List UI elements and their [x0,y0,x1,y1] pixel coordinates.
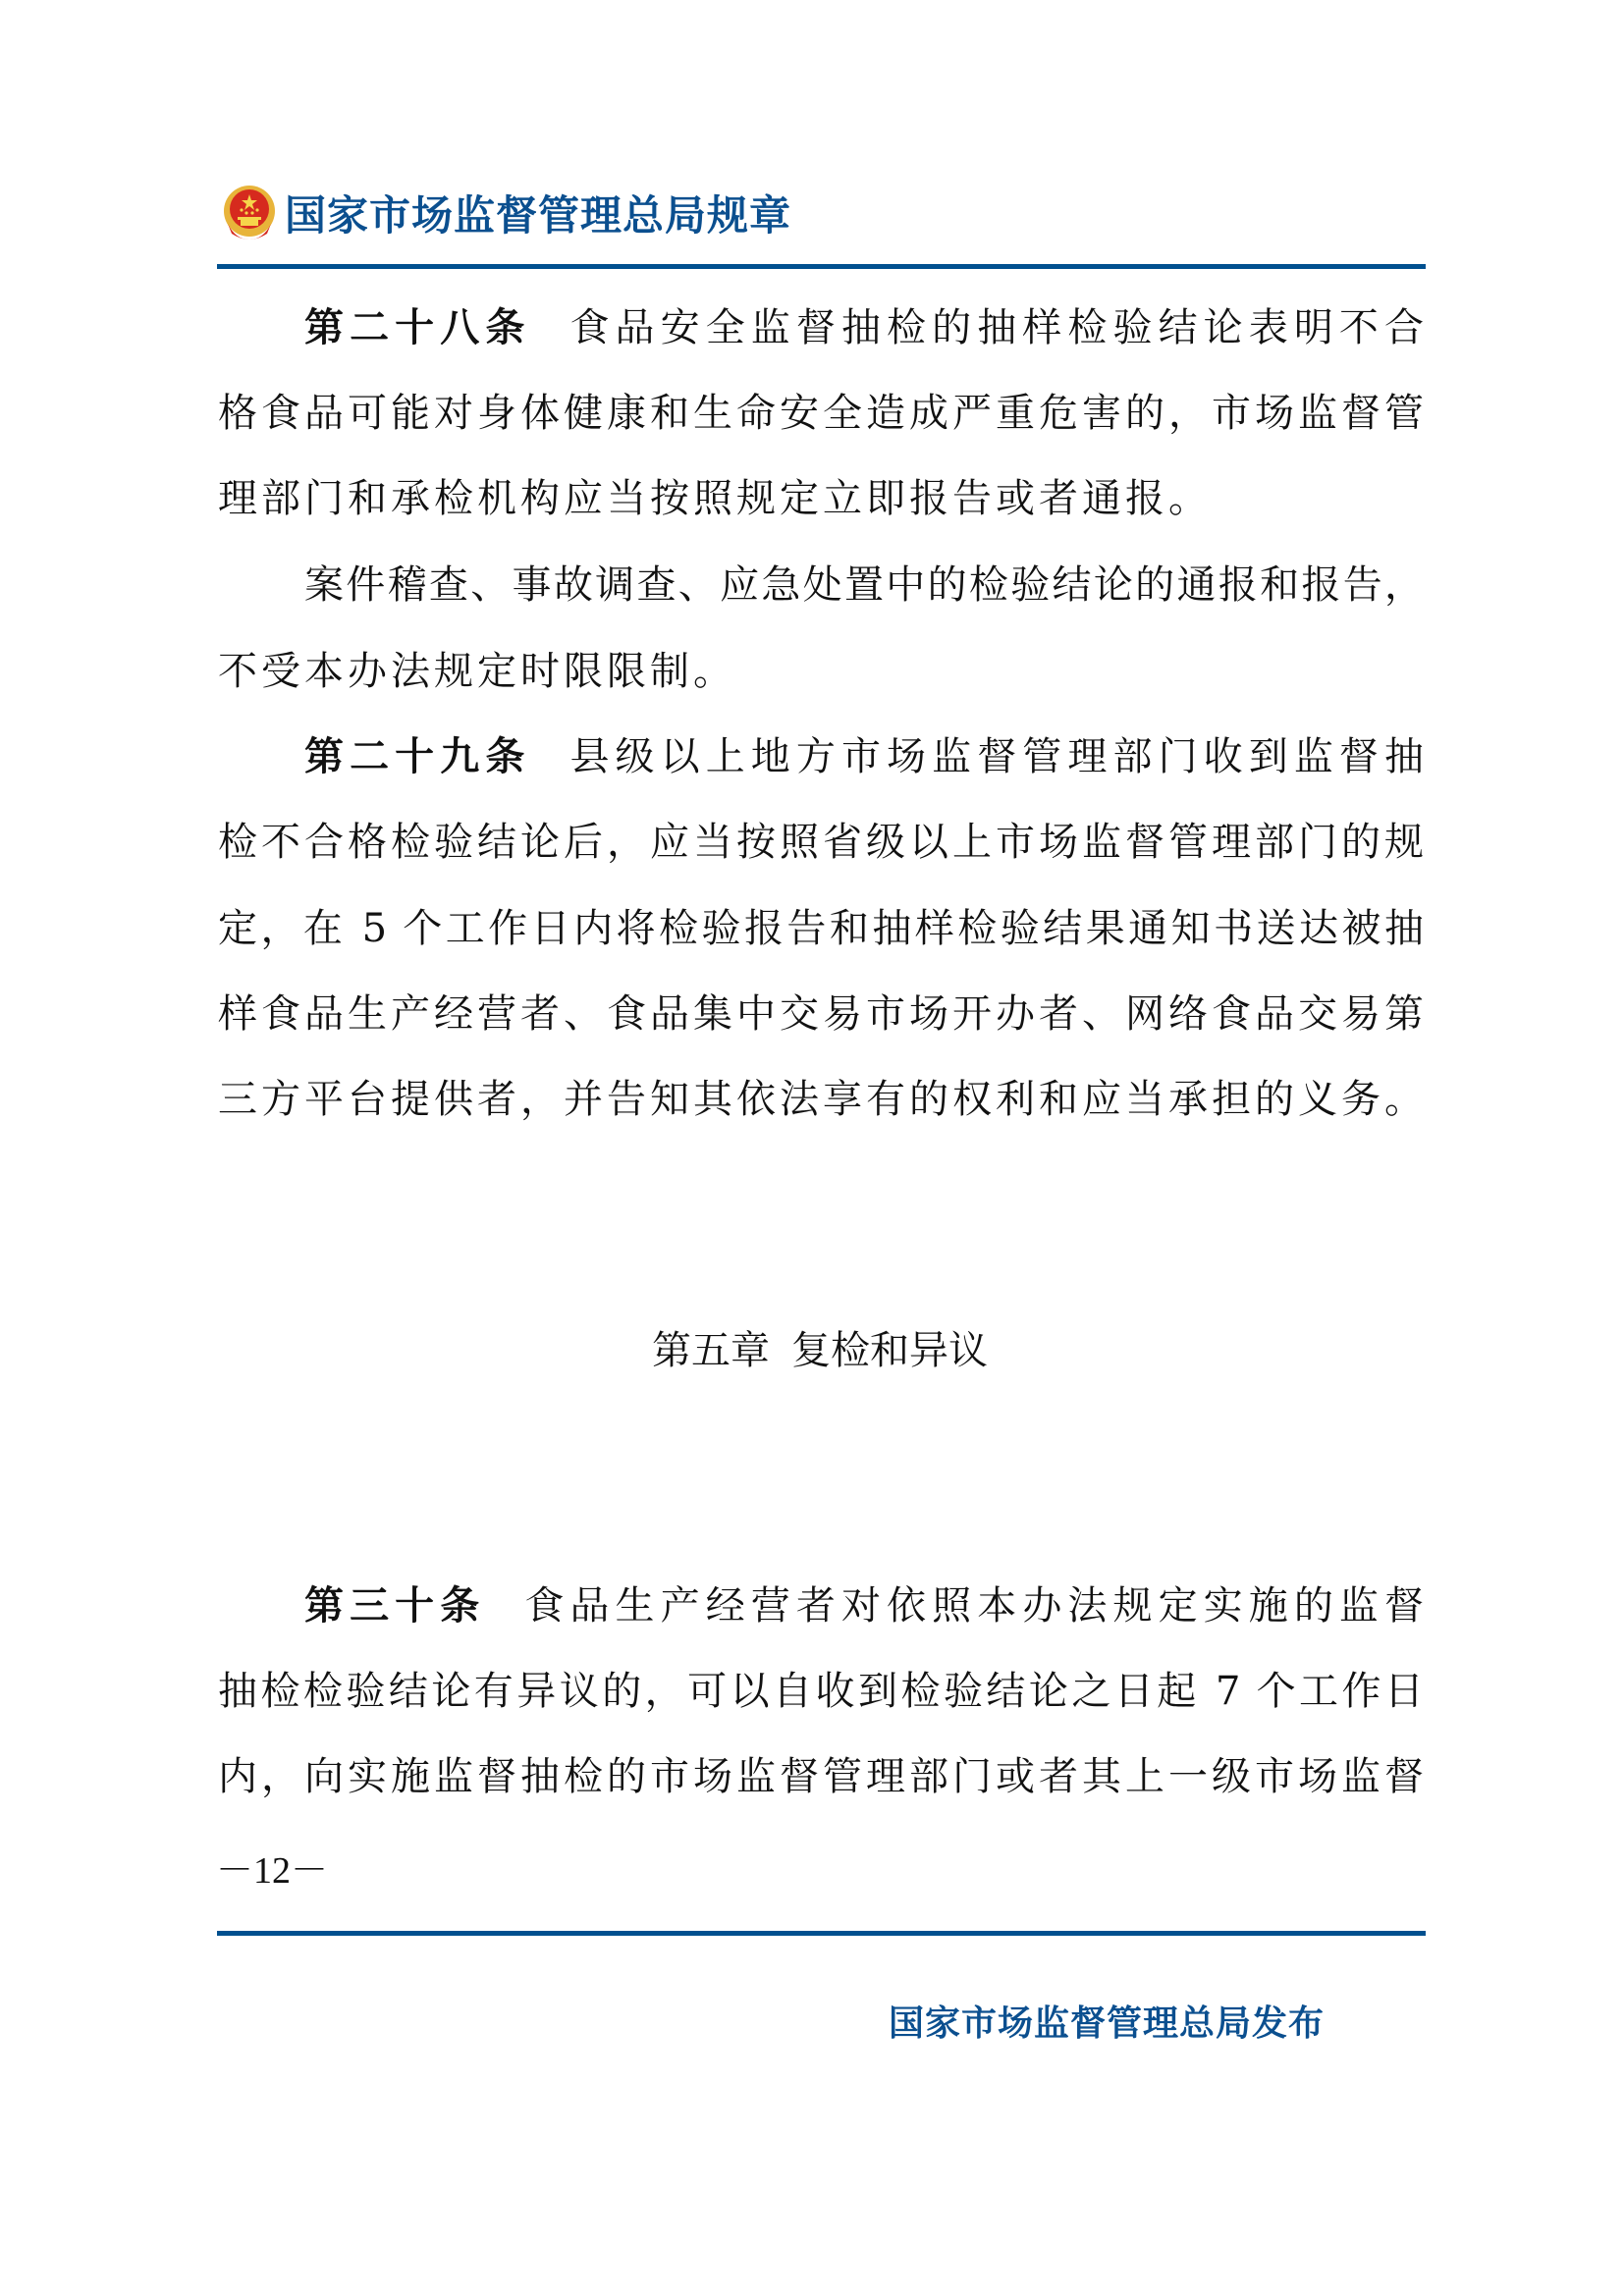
page-number: －12－ [216,1849,328,1893]
chapter-number: 第五章 [652,1328,770,1373]
article-30-line-1: 第三十条食品生产经营者对依照本办法规定实施的监督 [304,1583,1424,1629]
article-number: 第二十八条 [304,305,530,350]
article-30-line-2: 抽检检验结论有异议的，可以自收到检验结论之日起 7 个工作日 [218,1669,1424,1714]
article-text: 食品生产经营者对依照本办法规定实施的监督 [524,1583,1424,1629]
article-30-line-3: 内，向实施监督抽检的市场监督管理部门或者其上一级市场监督 [218,1754,1424,1799]
header-rule [217,264,1426,269]
header-title: 国家市场监督管理总局规章 [285,190,791,241]
chapter-heading: 第五章复检和异议 [0,1327,1624,1374]
article-29-line-5: 三方平台提供者，并告知其依法享有的权利和应当承担的义务。 [218,1077,1424,1122]
national-emblem-icon [222,185,277,243]
article-28-line-2: 格食品可能对身体健康和生命安全造成严重危害的，市场监督管 [218,391,1424,436]
article-29-line-2: 检不合格检验结论后，应当按照省级以上市场监督管理部门的规 [218,820,1424,865]
article-number: 第二十九条 [304,734,530,779]
article-29-line-1: 第二十九条县级以上地方市场监督管理部门收到监督抽 [304,734,1424,779]
article-28-line-1: 第二十八条食品安全监督抽检的抽样检验结论表明不合 [304,305,1424,350]
article-number: 第三十条 [304,1583,485,1629]
article-28-line-3: 理部门和承检机构应当按照规定立即报告或者通报。 [218,476,1424,521]
footer-rule [217,1931,1426,1936]
article-text: 食品安全监督抽检的抽样检验结论表明不合 [569,305,1424,350]
header-emblem [222,185,277,243]
chapter-title: 复检和异议 [791,1328,988,1373]
article-29-line-3: 定，在 5 个工作日内将检验报告和抽样检验结果通知书送达被抽 [218,906,1424,951]
footer-publisher: 国家市场监督管理总局发布 [889,2001,1325,2048]
article-text: 县级以上地方市场监督管理部门收到监督抽 [569,734,1424,779]
article-29-line-4: 样食品生产经营者、食品集中交易市场开办者、网络食品交易第 [218,991,1424,1037]
paragraph-line-2: 不受本办法规定时限限制。 [218,649,1424,694]
paragraph-line-1: 案件稽查、事故调查、应急处置中的检验结论的通报和报告， [304,562,1424,608]
